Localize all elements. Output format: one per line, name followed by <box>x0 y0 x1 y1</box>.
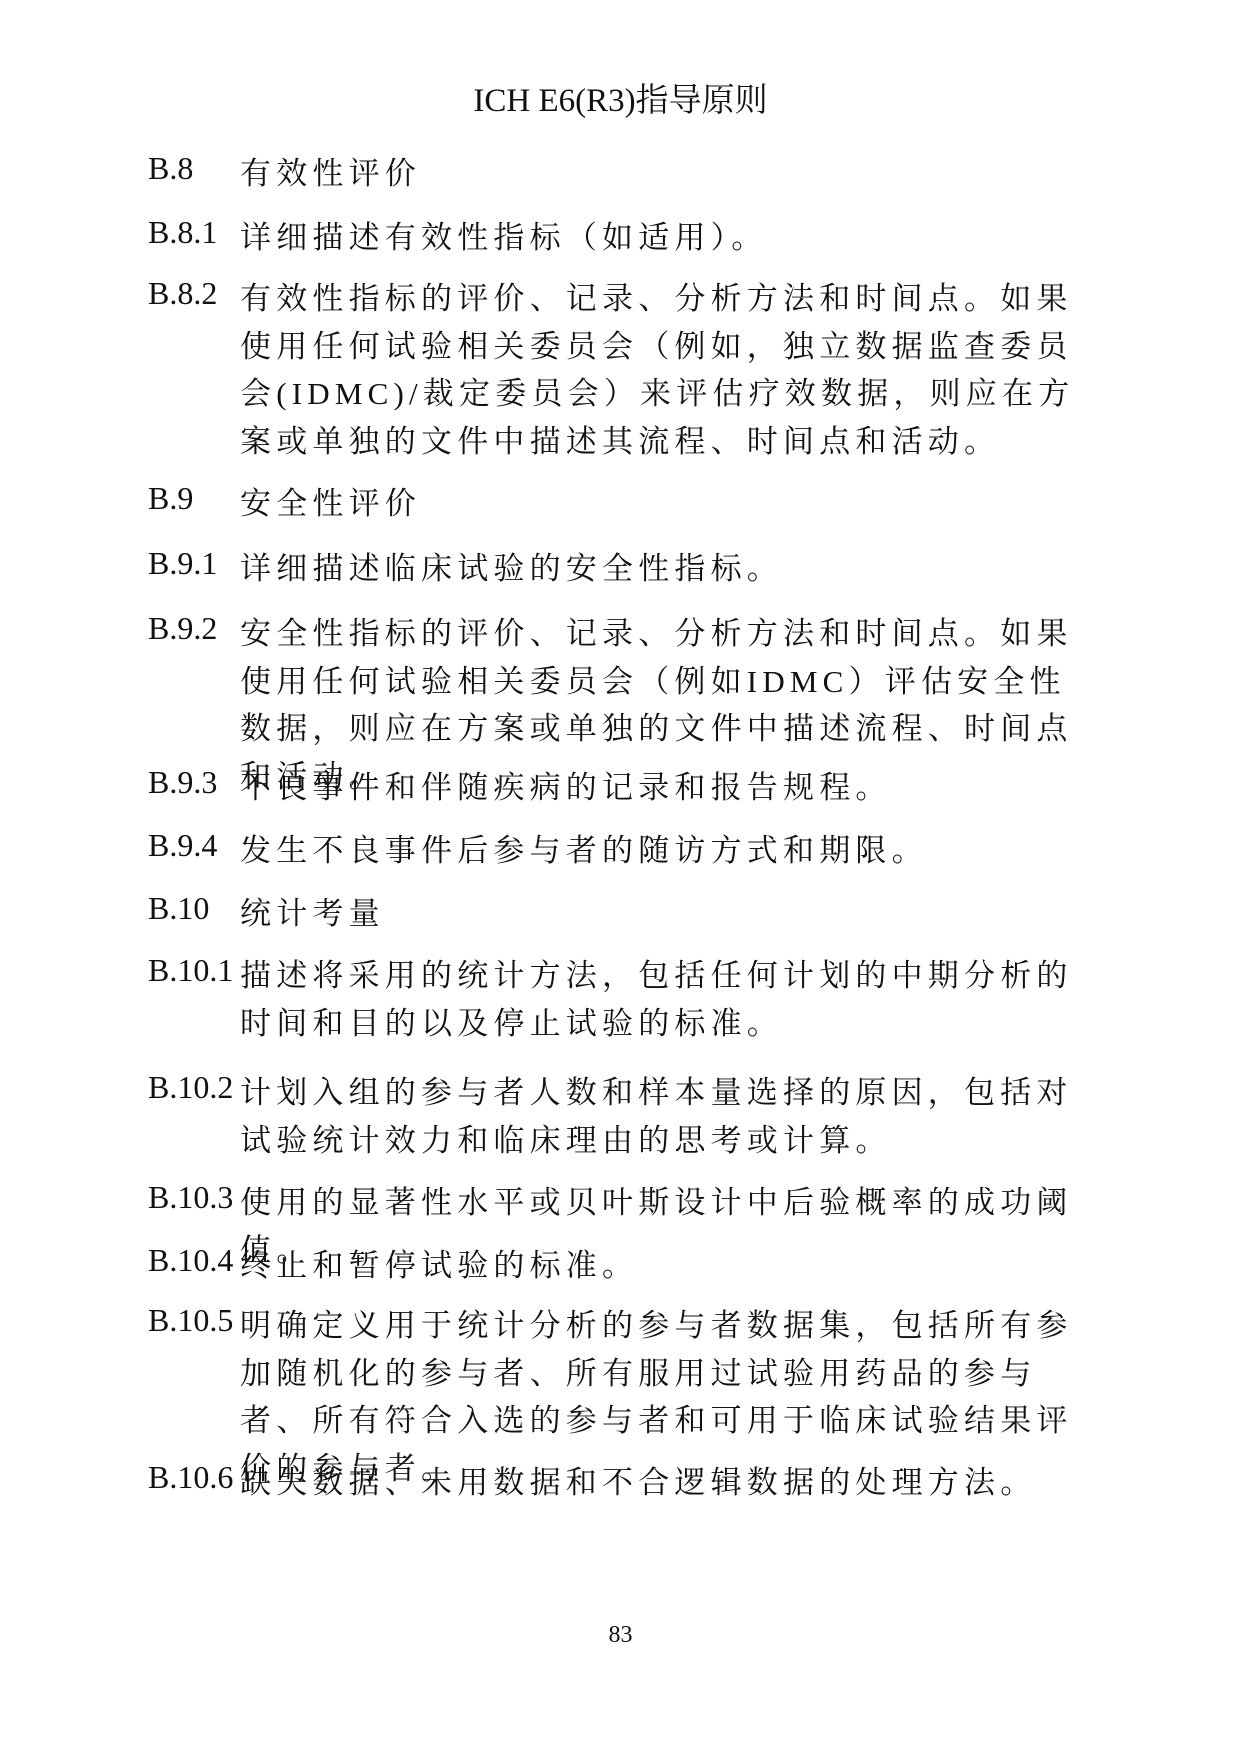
section-number: B.8.2 <box>148 275 217 312</box>
section-number: B.9 <box>148 480 193 517</box>
section-text: 详细描述有效性指标（如适用）。 <box>240 214 1078 262</box>
section-number: B.9.4 <box>148 827 217 864</box>
section-text: 描述将采用的统计方法，包括任何计划的中期分析的时间和目的以及停止试验的标准。 <box>240 952 1078 1047</box>
page-header-title: ICH E6(R3)指导原则 <box>0 78 1241 124</box>
section-item: B.10统计考量 <box>148 890 1078 938</box>
section-item: B.10.1描述将采用的统计方法，包括任何计划的中期分析的时间和目的以及停止试验… <box>148 952 1078 1047</box>
section-number: B.10.2 <box>148 1069 233 1106</box>
section-text: 计划入组的参与者人数和样本量选择的原因，包括对试验统计效力和临床理由的思考或计算… <box>240 1069 1078 1164</box>
section-number: B.10.5 <box>148 1302 233 1339</box>
section-item: B.10.6缺失数据、未用数据和不合逻辑数据的处理方法。 <box>148 1459 1078 1507</box>
section-text: 有效性评价 <box>240 150 1078 198</box>
section-number: B.10.6 <box>148 1459 233 1496</box>
section-text: 终止和暂停试验的标准。 <box>240 1242 1078 1290</box>
section-number: B.10.3 <box>148 1179 233 1216</box>
section-text: 缺失数据、未用数据和不合逻辑数据的处理方法。 <box>240 1459 1078 1507</box>
section-text: 详细描述临床试验的安全性指标。 <box>240 545 1078 593</box>
section-text: 发生不良事件后参与者的随访方式和期限。 <box>240 827 1078 875</box>
section-text: 统计考量 <box>240 890 1078 938</box>
page-number: 83 <box>0 1622 1241 1649</box>
section-item: B.9.1详细描述临床试验的安全性指标。 <box>148 545 1078 593</box>
section-text: 安全性评价 <box>240 480 1078 528</box>
section-number: B.10.1 <box>148 952 233 989</box>
section-number: B.9.1 <box>148 545 217 582</box>
section-item: B.8.1详细描述有效性指标（如适用）。 <box>148 214 1078 262</box>
section-text: 有效性指标的评价、记录、分析方法和时间点。如果使用任何试验相关委员会（例如，独立… <box>240 275 1078 465</box>
section-item: B.9安全性评价 <box>148 480 1078 528</box>
section-item: B.8有效性评价 <box>148 150 1078 198</box>
section-item: B.10.4终止和暂停试验的标准。 <box>148 1242 1078 1290</box>
section-number: B.8.1 <box>148 214 217 251</box>
section-item: B.10.2计划入组的参与者人数和样本量选择的原因，包括对试验统计效力和临床理由… <box>148 1069 1078 1164</box>
section-number: B.8 <box>148 150 193 187</box>
section-item: B.9.4发生不良事件后参与者的随访方式和期限。 <box>148 827 1078 875</box>
section-number: B.10.4 <box>148 1242 233 1279</box>
section-text: 不良事件和伴随疾病的记录和报告规程。 <box>240 764 1078 812</box>
section-number: B.9.3 <box>148 764 217 801</box>
section-item: B.9.3不良事件和伴随疾病的记录和报告规程。 <box>148 764 1078 812</box>
section-number: B.10 <box>148 890 209 927</box>
section-item: B.8.2有效性指标的评价、记录、分析方法和时间点。如果使用任何试验相关委员会（… <box>148 275 1078 465</box>
section-number: B.9.2 <box>148 610 217 647</box>
